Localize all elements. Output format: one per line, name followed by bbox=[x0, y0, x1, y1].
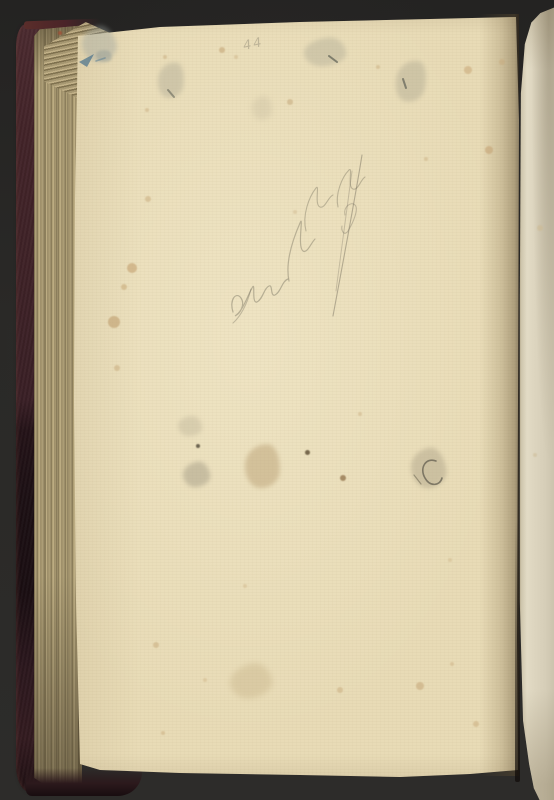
pencil-stroke bbox=[423, 460, 442, 484]
pencil-stroke bbox=[305, 187, 333, 231]
pencil-stroke bbox=[329, 56, 337, 62]
pencil-stroke bbox=[333, 155, 362, 316]
pencil-inscription-and-ink-marks bbox=[0, 0, 554, 800]
book-photograph: 44 bbox=[0, 0, 554, 800]
pencil-stroke bbox=[403, 79, 406, 88]
pencil-stroke bbox=[288, 221, 315, 281]
pencil-stroke bbox=[414, 475, 421, 484]
ink-mark bbox=[79, 54, 94, 67]
pencil-stroke bbox=[168, 90, 174, 97]
pencil-stroke bbox=[232, 279, 288, 316]
pencil-stroke bbox=[96, 58, 105, 61]
